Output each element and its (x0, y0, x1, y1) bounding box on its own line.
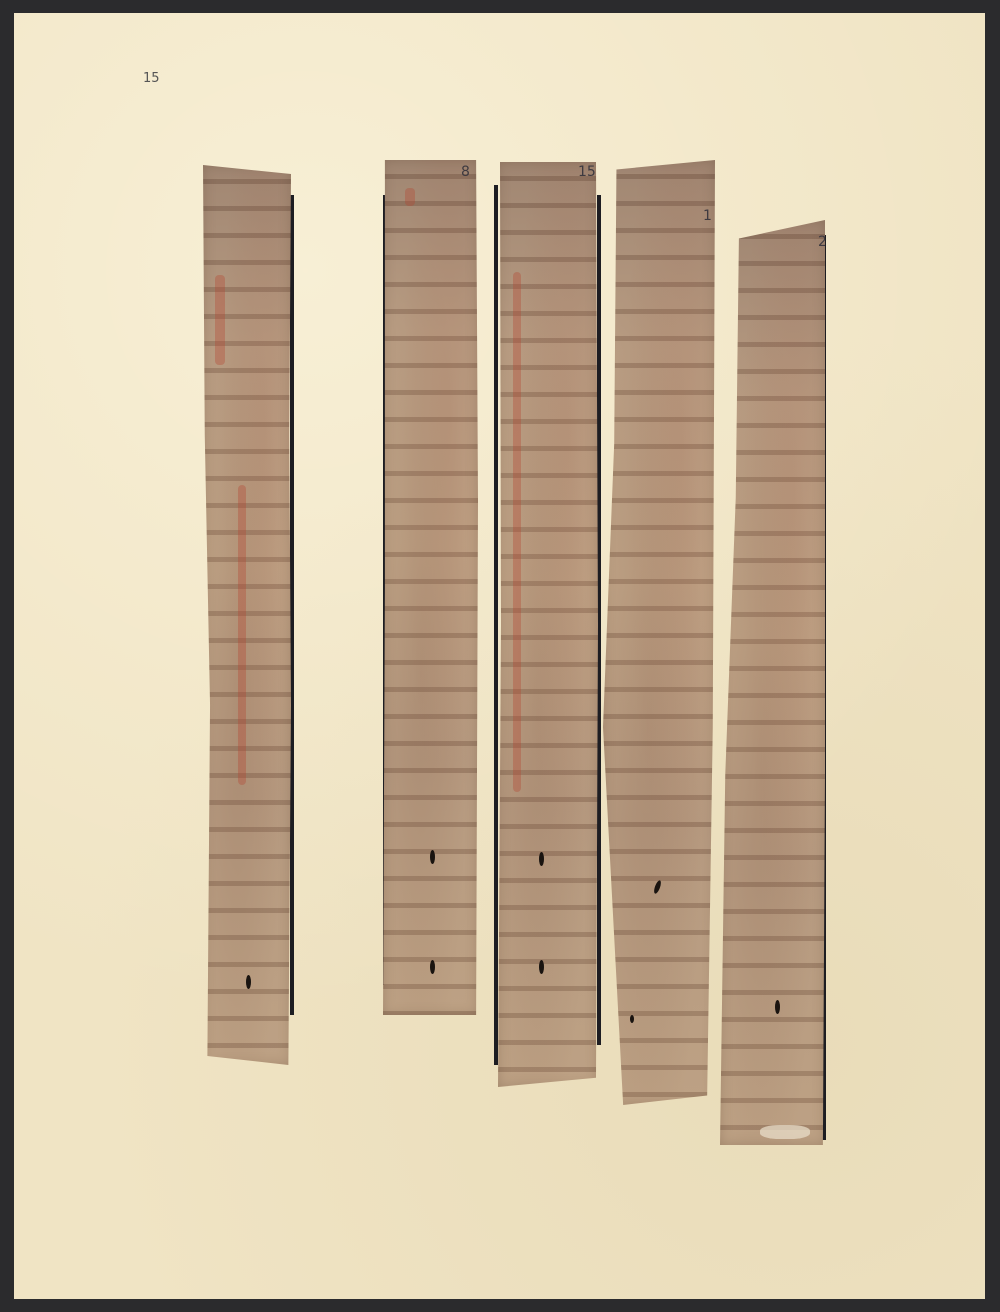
parchment-strip-2: 8 (383, 160, 478, 1015)
parchment-strip-1 (203, 165, 291, 1065)
wormhole (775, 1000, 780, 1014)
wormhole (539, 852, 544, 866)
rubric-mark (215, 275, 225, 365)
strip-marker: 2 (818, 234, 825, 250)
wormhole (539, 960, 544, 974)
wormhole (630, 1015, 634, 1023)
wormhole (246, 975, 251, 989)
parchment-strip-3: 15 (498, 162, 598, 1087)
rubric-mark (238, 485, 246, 785)
rubric-mark (513, 272, 521, 792)
wormhole (653, 880, 662, 895)
sheet-number-annotation: 15 (143, 71, 160, 86)
parchment-strip-4: 1 (603, 160, 715, 1105)
rubric-mark (405, 188, 415, 206)
strip-shadow (494, 185, 498, 1065)
strip-shadow (290, 195, 294, 1015)
strip-marker: 1 (703, 208, 712, 224)
adhesive-stain (760, 1125, 810, 1139)
wormhole (430, 850, 435, 864)
strip-marker: 8 (461, 164, 470, 180)
mount-sheet: 15 (14, 13, 985, 1299)
wormhole (430, 960, 435, 974)
strip-marker: 15 (578, 164, 596, 180)
